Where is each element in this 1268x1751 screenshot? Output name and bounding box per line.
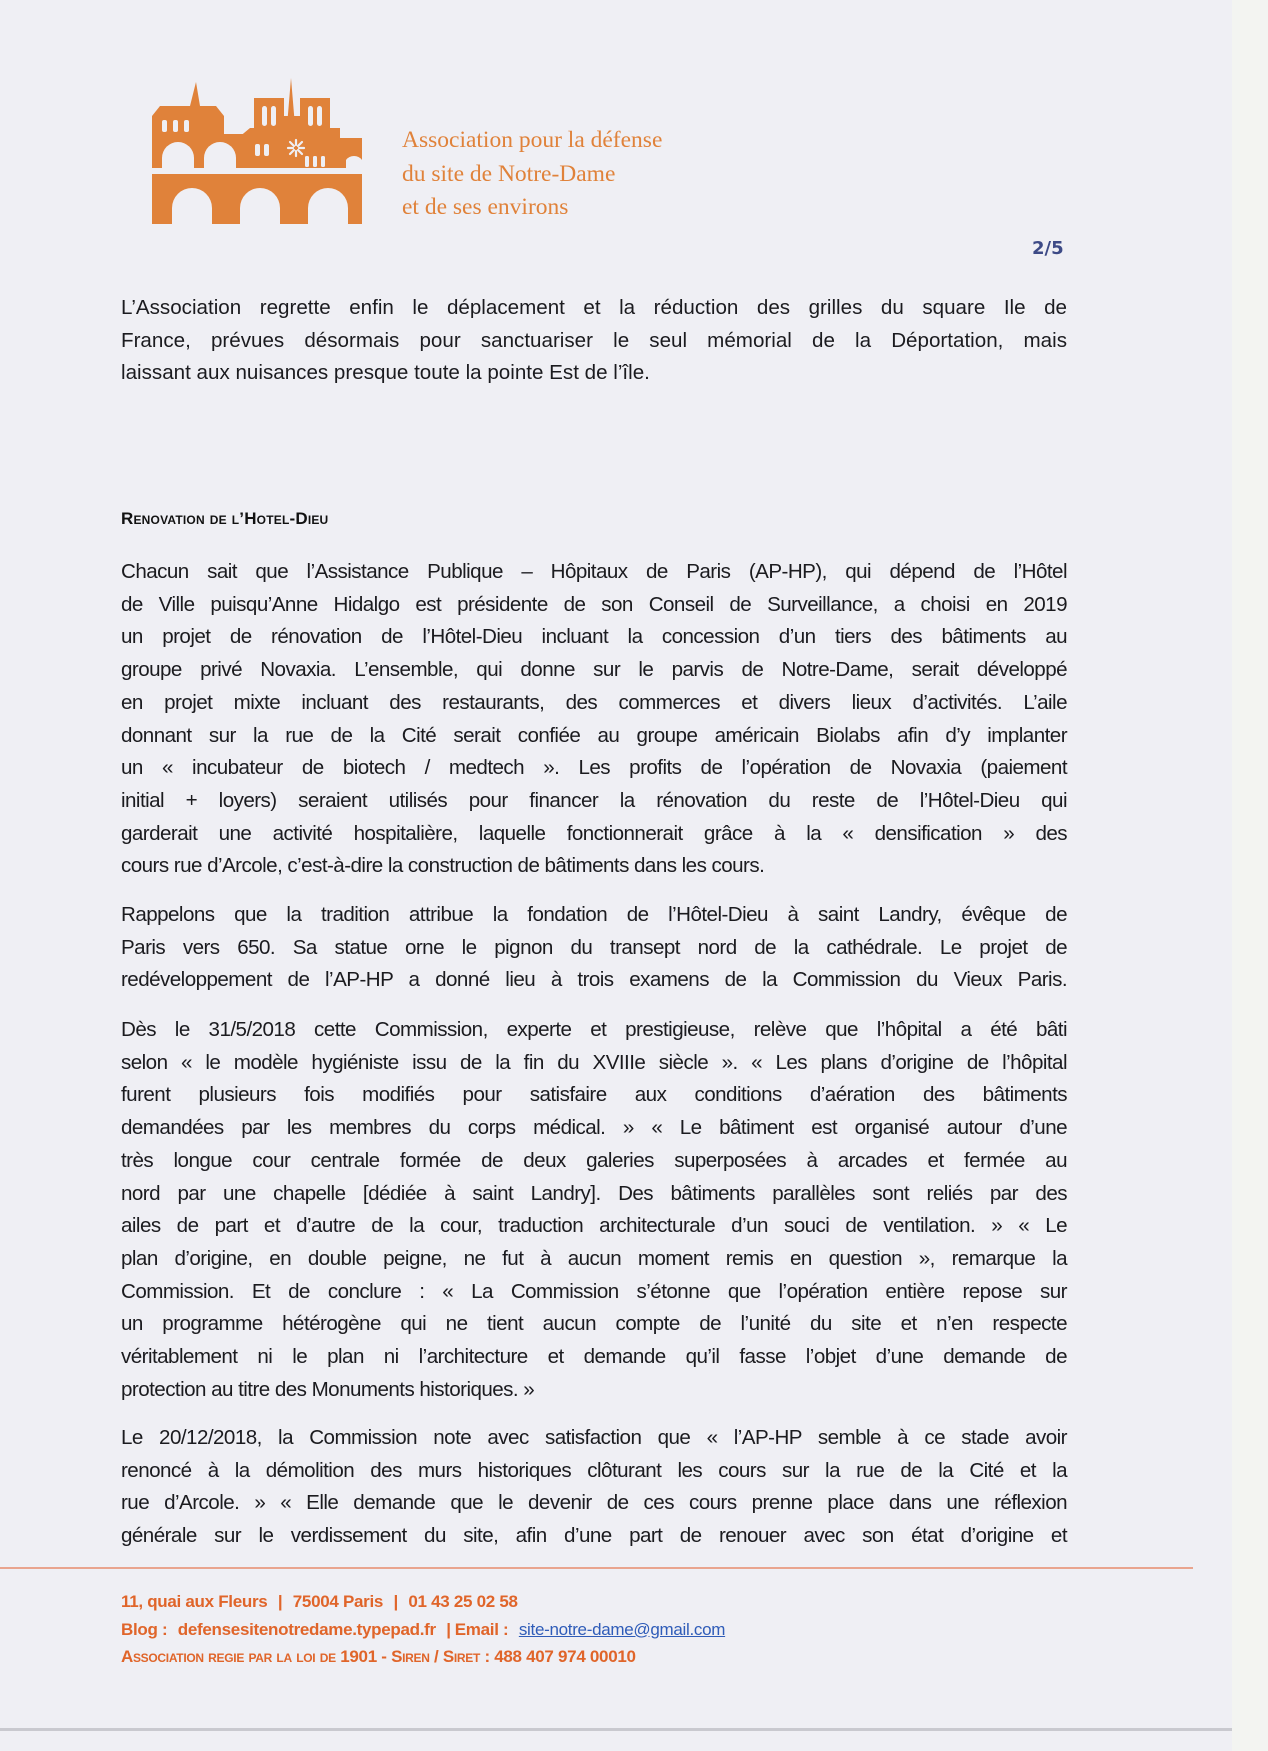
text-line: initial + loyers) seraient utilisés pour…	[121, 785, 1067, 818]
text-line: L’Association regrette enfin le déplacem…	[121, 292, 1067, 325]
blog-label: Blog :	[121, 1620, 167, 1639]
intro-paragraph: L’Association regrette enfin le déplacem…	[121, 292, 1067, 390]
text-line: Chacun sait que l’Assistance Publique – …	[121, 556, 1067, 589]
scan-paper-bottom-edge	[0, 1728, 1232, 1731]
scan-paper-edge	[1232, 0, 1268, 1751]
text-line: un programme hétérogène qui ne tient auc…	[121, 1308, 1067, 1341]
text-line: cours rue d’Arcole, c’est-à-dire la cons…	[121, 850, 1067, 883]
text-line: un projet de rénovation de l’Hôtel-Dieu …	[121, 621, 1067, 654]
footer-phone: 01 43 25 02 58	[408, 1592, 517, 1611]
text-line: Dès le 31/5/2018 cette Commission, exper…	[121, 1014, 1067, 1047]
text-line: plan d’origine, en double peigne, ne fut…	[121, 1243, 1067, 1276]
organization-name-line: du site de Notre-Dame	[402, 158, 662, 192]
text-line: redéveloppement de l’AP-HP a donné lieu …	[121, 964, 1067, 997]
text-line: nord par une chapelle [dédiée à saint La…	[121, 1178, 1067, 1211]
notre-dame-bridge-logo-icon	[150, 76, 362, 224]
text-line: un « incubateur de biotech / medtech ». …	[121, 752, 1067, 785]
footer: 11, quai aux Fleurs | 75004 Paris | 01 4…	[121, 1588, 725, 1671]
footer-address: 11, quai aux Fleurs	[121, 1592, 267, 1611]
footer-separator: |	[446, 1620, 450, 1639]
text-line: laissant aux nuisances presque toute la …	[121, 357, 1067, 390]
footer-divider	[0, 1567, 1193, 1569]
text-line: Le 20/12/2018, la Commission note avec s…	[121, 1422, 1067, 1455]
paragraph: Dès le 31/5/2018 cette Commission, exper…	[121, 1014, 1067, 1406]
email-link[interactable]: site-notre-dame@gmail.com	[519, 1620, 725, 1639]
footer-legal: Association regie par la loi de 1901 - S…	[121, 1643, 725, 1671]
text-line: Rappelons que la tradition attribue la f…	[121, 899, 1067, 932]
text-line: furent plusieurs fois modifiés pour sati…	[121, 1079, 1067, 1112]
email-label: Email :	[455, 1620, 509, 1639]
text-line: donnant sur la rue de la Cité serait con…	[121, 720, 1067, 753]
page-number: 2/5	[1032, 238, 1064, 259]
text-line: en projet mixte incluant des restaurants…	[121, 687, 1067, 720]
footer-separator: |	[394, 1592, 398, 1611]
text-line: France, prévues désormais pour sanctuari…	[121, 325, 1067, 358]
text-line: véritablement ni le plan ni l’architectu…	[121, 1341, 1067, 1374]
text-line: demandées par les membres du corps médic…	[121, 1112, 1067, 1145]
paragraph: Rappelons que la tradition attribue la f…	[121, 899, 1067, 997]
organization-name: Association pour la défense du site de N…	[402, 124, 662, 225]
organization-name-line: Association pour la défense	[402, 124, 662, 158]
text-line: garderait une activité hospitalière, laq…	[121, 818, 1067, 851]
footer-separator: |	[278, 1592, 282, 1611]
text-line: Paris vers 650. Sa statue orne le pignon…	[121, 932, 1067, 965]
text-line: selon « le modèle hygiéniste issu de la …	[121, 1047, 1067, 1080]
paragraph: Le 20/12/2018, la Commission note avec s…	[121, 1422, 1067, 1553]
text-line: très longue cour centrale formée de deux…	[121, 1145, 1067, 1178]
footer-web-row: Blog : defensesitenotredame.typepad.fr |…	[121, 1616, 725, 1644]
text-line: renoncé à la démolition des murs histori…	[121, 1455, 1067, 1488]
footer-postal: 75004 Paris	[293, 1592, 383, 1611]
text-line: générale sur le verdissement du site, af…	[121, 1520, 1067, 1553]
text-line: Commission. Et de conclure : « La Commis…	[121, 1276, 1067, 1309]
text-line: rue d’Arcole. » « Elle demande que le de…	[121, 1487, 1067, 1520]
text-line: de Ville puisqu’Anne Hidalgo est préside…	[121, 589, 1067, 622]
organization-name-line: et de ses environs	[402, 191, 662, 225]
section-heading: Renovation de l’Hotel-Dieu	[121, 509, 328, 529]
paragraph: Chacun sait que l’Assistance Publique – …	[121, 556, 1067, 883]
text-line: groupe privé Novaxia. L’ensemble, qui do…	[121, 654, 1067, 687]
text-line: protection au titre des Monuments histor…	[121, 1374, 1067, 1407]
blog-link[interactable]: defensesitenotredame.typepad.fr	[178, 1620, 436, 1639]
footer-contact-row: 11, quai aux Fleurs | 75004 Paris | 01 4…	[121, 1588, 725, 1616]
text-line: ailes de part et d’autre de la cour, tra…	[121, 1210, 1067, 1243]
